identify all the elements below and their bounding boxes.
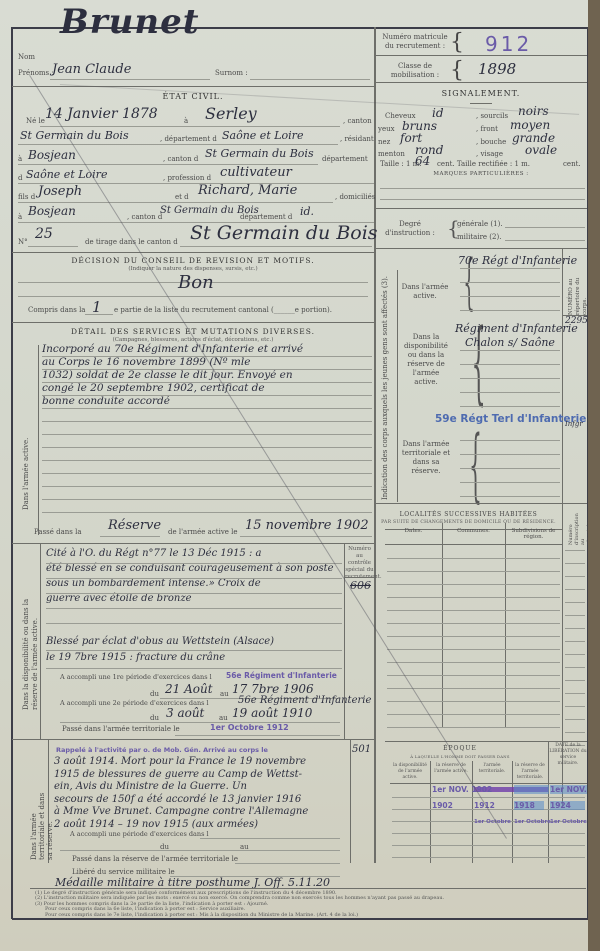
affectations-side-label: Indication des corps auxquels les jeunes… xyxy=(381,270,389,500)
departement-value: Saône et Loire xyxy=(222,129,303,142)
epoque-cell: 1918 xyxy=(514,801,535,810)
periode1-du-value: 21 Août xyxy=(165,682,213,696)
tirage-value: 25 xyxy=(35,226,53,242)
epoque-cell: 1902 xyxy=(432,801,453,810)
periode2-du-value: 3 août xyxy=(166,706,204,720)
localites-row xyxy=(387,662,560,663)
handwritten-line: ein, Avis du Ministre de la Guerre. Un xyxy=(54,781,247,792)
services-side-label: Dans l'armée active. xyxy=(22,420,30,510)
localites-column-header: Subdivisions de région. xyxy=(505,528,562,540)
disponibilite-label: Dans la disponibilité ou dans la réserve… xyxy=(400,333,452,387)
passe-middle: de l'armée active le xyxy=(168,528,238,536)
active-value: 70e Régt d'Infanterie xyxy=(458,254,577,267)
numero-note: Infgr xyxy=(565,420,583,428)
reserve-numero-header: Numéro au contrôle spécial du recrutemen… xyxy=(345,546,374,581)
visage-value: ovale xyxy=(525,143,557,157)
localites-row xyxy=(387,649,560,650)
nom-label: Nom xyxy=(18,53,35,61)
localites-row xyxy=(387,701,560,702)
territoriale-affectation-label: Dans l'armée territoriale et dans sa rés… xyxy=(400,440,452,476)
front-value: moyen xyxy=(510,118,550,132)
mother-value: Richard, Marie xyxy=(198,183,297,198)
epoque-subtitle: À LAQUELLE L'HOMME DOIT PASSER DANS xyxy=(390,754,530,759)
surnom-label: Surnom : xyxy=(215,69,248,77)
canton3-label: , canton d xyxy=(127,213,162,221)
yeux-label: yeux xyxy=(378,125,395,133)
classe-value: 1898 xyxy=(478,60,516,78)
residant-value: Bosjean xyxy=(28,148,76,162)
residant-label: , résidant xyxy=(340,135,374,143)
desk-background xyxy=(588,0,600,951)
departement2-label: département xyxy=(322,155,368,163)
periode2-au-label: au xyxy=(219,714,228,722)
ne-le-value: 14 Janvier 1878 xyxy=(45,106,158,122)
localites-column-header: Communes. xyxy=(442,528,505,534)
periode1-du-label: du xyxy=(150,690,159,698)
handwritten-line: été blessé en se conduisant courageuseme… xyxy=(46,563,334,574)
fils-de-label: fils d xyxy=(18,193,35,201)
visage-label: , visage xyxy=(476,150,503,158)
compris-suffix: e partie de la liste du recrutement cant… xyxy=(114,306,332,314)
prenoms-value: Jean Claude xyxy=(52,62,131,77)
numero-repertoire-header: NUMÉRO au répertoire du corps. xyxy=(568,260,582,315)
departement3-value: id. xyxy=(300,205,314,218)
epoque-cell: 1er Octobre xyxy=(550,819,587,825)
domicilies-label: , domiciliés xyxy=(335,193,375,201)
front-label: , front xyxy=(476,125,498,133)
epoque-column-header: l'armée territoriale. xyxy=(472,763,512,775)
libere-label: Libéré du service militaire le xyxy=(72,868,175,876)
departement-label: , département d xyxy=(160,135,217,143)
localites-column-header: Dates. xyxy=(385,528,442,534)
periode2-value: 56e Régiment d'Infanterie xyxy=(238,695,371,706)
localites-row xyxy=(387,623,560,624)
taille-rect-suffix: cent. xyxy=(563,160,581,168)
territoriale-side-label: Dans l'armée territoriale et dans sa rés… xyxy=(30,790,48,860)
localites-row xyxy=(387,597,560,598)
epoque-column-header: la disponibilité de l'armée active. xyxy=(390,763,430,781)
nom-value: Brunet xyxy=(60,2,199,42)
classe-label: Classe de mobilisation : xyxy=(380,62,450,80)
periode2-du-label: du xyxy=(150,714,159,722)
disponibilite-value-2: Chalon s/ Saône xyxy=(465,336,555,349)
father-value: Joseph xyxy=(38,184,82,199)
epoque-column-header: la réserve de l'armée territoriale. xyxy=(512,763,548,781)
periode2-au-value: 19 août 1910 xyxy=(232,706,312,720)
handwritten-line: congé le 20 septembre 1902, certificat d… xyxy=(42,382,265,394)
active-label: Dans l'armée active. xyxy=(400,283,450,301)
frame-bottom xyxy=(12,918,588,920)
profession-label: , profession d xyxy=(163,174,211,182)
handwritten-line: Blessé par éclat d'obus au Wettstein (Al… xyxy=(46,636,274,647)
menton-label: menton xyxy=(378,150,405,158)
registre-matricule-sheet: Brunet Nom Prénoms : Jean Claude Surnom … xyxy=(0,0,590,951)
localites-subtitle: PAR SUITE DE CHANGEMENTS DE DOMICILE OU … xyxy=(375,520,562,525)
territoriale-label: Passé dans l'armée territoriale le xyxy=(62,725,180,733)
canton-label: , canton xyxy=(343,117,372,125)
territoriale-numero-value: 501 xyxy=(352,744,371,755)
handwritten-line: guerre avec étoile de bronze xyxy=(46,593,192,604)
canton2-label: , canton d xyxy=(163,155,198,163)
handwritten-line: sous un bombardement intense.» Croix de xyxy=(46,578,261,589)
periode1-au-value: 17 7bre 1906 xyxy=(232,682,314,696)
localites-row xyxy=(387,714,560,715)
handwritten-line: Cité à l'O. du Régt n°77 le 13 Déc 1915 … xyxy=(46,548,261,559)
localites-side-header: Numéro d'inscription au répertoire. xyxy=(568,515,582,545)
cheveux-value: id xyxy=(432,106,444,120)
localites-row xyxy=(387,584,560,585)
reserve-side-label: Dans la disponibilité ou dans la réserve… xyxy=(22,590,48,710)
militaire-label: militaire (2). xyxy=(457,233,501,241)
taille-value: 64 xyxy=(415,154,430,168)
bouche-label: , bouche xyxy=(476,138,506,146)
frame-left xyxy=(11,27,13,919)
periode1-label: A accompli une 1re période d'exercices d… xyxy=(60,673,212,681)
territoriale-periode-label: A accompli une période d'exercices dans … xyxy=(70,830,209,838)
footnote: Pour ceux compris dans le 7e liste, l'in… xyxy=(45,912,358,918)
handwritten-line: le 19 7bre 1915 : fracture du crâne xyxy=(46,652,225,663)
canton-value: St Germain du Bois xyxy=(20,129,129,142)
marques-label: MARQUES PARTICULIÈRES : xyxy=(375,171,587,177)
a-label: à xyxy=(184,117,188,125)
column-divider xyxy=(374,27,376,863)
epoque-title: ÉPOQUE xyxy=(390,745,530,752)
disponibilite-value-1: Régiment d'Infanterie xyxy=(455,322,578,335)
handwritten-line: à Mme Vve Brunet. Campagne contre l'Alle… xyxy=(54,806,308,817)
periode1-stamp: 56e Régiment d'Infanterie xyxy=(226,671,337,680)
periode1-au-label: au xyxy=(220,690,229,698)
rappel-stamp: Rappelé à l'activité par o. de Mob. Gén.… xyxy=(56,746,268,754)
territoriale-affectation-stamp: 59e Régt Terl d'Infanterie xyxy=(435,413,586,425)
birthplace-value: Serley xyxy=(205,104,257,123)
generale-label: générale (1). xyxy=(457,220,503,228)
localites-table: Dates.Communes.Subdivisions de région. xyxy=(385,530,562,728)
matricule-label: Numéro matricule du recrutement : xyxy=(380,33,450,51)
handwritten-line: Incorporé au 70e Régiment d'Infanterie e… xyxy=(42,343,303,355)
reserve-territoriale-label: Passé dans la réserve de l'armée territo… xyxy=(72,855,238,863)
localites-row xyxy=(387,727,560,728)
tirage-n-label: N° xyxy=(18,238,28,246)
services-title: DÉTAIL DES SERVICES ET MUTATIONS DIVERSE… xyxy=(12,327,374,336)
handwritten-line: 3 août 1914. Mort pour la France le 19 n… xyxy=(54,756,306,767)
handwritten-line: 2 août 1914 – 19 nov 1915 (aux armées) xyxy=(54,819,258,830)
epoque-cell: 1er NOV. xyxy=(550,785,587,794)
matricule-value: 912 xyxy=(485,32,532,56)
handwritten-line: 1915 de blessures de guerre au Camp de W… xyxy=(54,769,302,780)
compris-label: Compris dans la xyxy=(28,306,85,314)
profession-value: cultivateur xyxy=(220,165,292,180)
domicilies-value: Bosjean xyxy=(28,204,76,218)
handwritten-line: 1032) soldat de 2e classe le dit jour. E… xyxy=(42,369,293,381)
handwritten-line: secours de 150f a été accordé le 13 janv… xyxy=(54,794,301,805)
taille-suffix: cent. Taille rectifiée : 1 m. xyxy=(437,160,530,168)
localites-row xyxy=(387,558,560,559)
prenoms-label: Prénoms : xyxy=(18,69,54,77)
decision-value: Bon xyxy=(178,272,214,293)
instruction-label: Degré d'instruction : xyxy=(380,220,440,238)
epoque-cell: 1er Octobre xyxy=(514,819,551,825)
tirage-canton-value: St Germain du Bois xyxy=(190,222,378,244)
departement3-label: département d xyxy=(240,213,292,221)
localites-row xyxy=(387,675,560,676)
localites-row xyxy=(387,610,560,611)
epoque-cell: 1er NOV. 1902 xyxy=(432,785,492,794)
nez-label: nez xyxy=(378,138,390,146)
localites-row xyxy=(387,571,560,572)
epoque-cell: 1924 xyxy=(550,801,571,810)
localites-row xyxy=(387,636,560,637)
reserve-numero-value: 606 xyxy=(350,579,371,592)
localites-title: LOCALITÉS SUCCESSIVES HABITÉES xyxy=(375,511,562,518)
territoriale-stamp: 1er Octobre 1912 xyxy=(210,723,289,732)
signalement-title: SIGNALEMENT. xyxy=(375,89,587,98)
handwritten-line: bonne conduite accordé xyxy=(42,395,170,407)
passe-label: Passé dans la xyxy=(34,528,82,536)
sourcils-label: , sourcils xyxy=(476,112,508,120)
canton2-value: St Germain du Bois xyxy=(205,147,314,160)
handwritten-line: au Corps le 16 novembre 1899 (Nº mle xyxy=(42,356,250,368)
et-de-label: et d xyxy=(175,193,189,201)
passe-value: Réserve xyxy=(108,518,161,533)
epoque-cell: 1er Octobre xyxy=(474,819,511,825)
decision-title: DÉCISION DU CONSEIL DE REVISION ET MOTIF… xyxy=(12,256,374,265)
ne-le-label: Né le xyxy=(26,117,45,125)
